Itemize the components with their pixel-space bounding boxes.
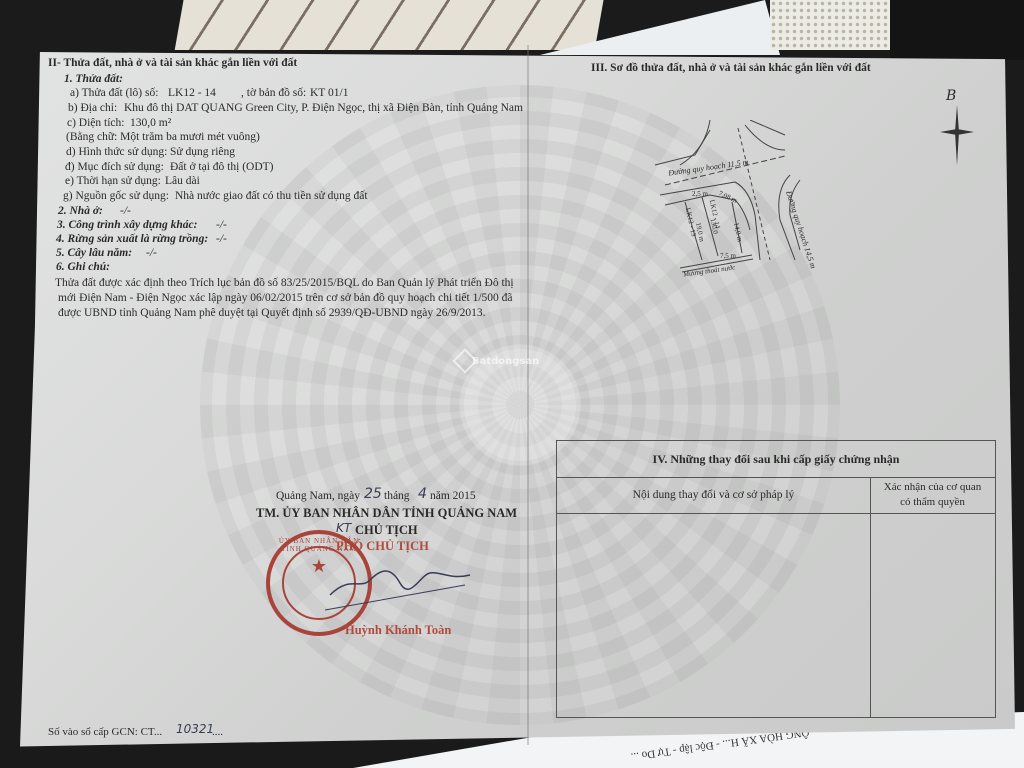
page-fold	[527, 45, 529, 745]
section-iv-title: IV. Những thay đổi sau khi cấp giấy chứn…	[557, 441, 995, 478]
section-ii-title: II- Thửa đất, nhà ở và tài sản khác gắn …	[48, 57, 297, 71]
perennial-label: 5. Cây lâu năm:	[56, 247, 132, 261]
section-iii-title: III. Sơ đồ thửa đất, nhà ở và tài sản kh…	[591, 62, 871, 76]
column-divider	[870, 513, 871, 717]
address-label: b) Địa chỉ:	[68, 102, 117, 116]
usage-origin-value: Nhà nước giao đất có thu tiền sử dụng đấ…	[175, 190, 368, 204]
seal-text: ỦY BAN NHÂN DÂN TỈNH QUẢNG NAM	[270, 537, 368, 553]
usage-term-value: Lâu dài	[165, 175, 200, 189]
perennial-value: -/-	[146, 247, 157, 261]
watermark-text: Batdongsan	[472, 356, 539, 367]
usage-form-value: Sử dụng riêng	[170, 146, 235, 160]
column-header-authority-confirmation: Xác nhận của cơ quan có thẩm quyền	[870, 477, 995, 514]
other-works-value: -/-	[216, 219, 227, 233]
notes-line: Thửa đất được xác định theo Trích lục bả…	[55, 277, 514, 291]
chairman-title: CHỦ TỊCH	[355, 523, 418, 538]
usage-purpose-label: đ) Mục đích sử dụng:	[65, 161, 164, 175]
dim-front: 2,5 m	[692, 190, 708, 198]
area-in-words: (Bằng chữ: Một trăm ba mươi mét vuông)	[66, 131, 260, 145]
notes-label: 6. Ghi chú:	[56, 261, 110, 275]
notes-line: được UBND tỉnh Quảng Nam phê duyệt tại Q…	[58, 307, 486, 321]
other-works-label: 3. Công trình xây dựng khác:	[57, 219, 197, 233]
place-date-prefix: Quảng Nam, ngày	[276, 490, 360, 504]
parcel-heading: 1. Thửa đất:	[64, 73, 123, 87]
parcel-number: LK12 - 14	[168, 87, 216, 101]
usage-form-label: d) Hình thức sử dụng:	[66, 146, 167, 160]
registry-suffix: ....	[212, 726, 223, 739]
notes-line: mới Điện Nam - Điện Ngọc xác lập ngày 06…	[58, 292, 513, 306]
month-label: tháng	[384, 490, 410, 504]
changes-table: IV. Những thay đổi sau khi cấp giấy chứn…	[556, 440, 996, 718]
usage-origin-label: g) Nguồn gốc sử dụng:	[63, 190, 169, 204]
registry-value: 10321	[176, 722, 214, 736]
area-value: 130,0 m²	[130, 117, 171, 131]
house-value: -/-	[120, 205, 131, 219]
compass-icon	[937, 80, 977, 170]
signer-name: Huỳnh Khánh Toàn	[345, 623, 451, 638]
authority-title: TM. ỦY BAN NHÂN DÂN TỈNH QUẢNG NAM	[256, 506, 517, 521]
keyboard-background	[175, 0, 606, 50]
north-arrow: B	[940, 80, 980, 170]
signature	[320, 555, 480, 615]
forest-value: -/-	[216, 233, 227, 247]
column-header-change-content: Nội dung thay đổi và cơ sở pháp lý	[557, 477, 871, 514]
dim-back: 7,5 m	[720, 252, 736, 260]
map-sheet-label: , tờ bản đồ số:	[241, 87, 306, 101]
house-label: 2. Nhà ở:	[58, 205, 103, 219]
year-label: năm 2015	[430, 490, 476, 504]
area-label: c) Diện tích:	[67, 117, 124, 131]
usage-purpose-value: Đất ở tại đô thị (ODT)	[170, 161, 274, 175]
dark-background	[890, 0, 1024, 60]
forest-label: 4. Rừng sản xuất là rừng trồng:	[56, 233, 208, 247]
column-header-line: có thẩm quyền	[900, 495, 965, 510]
date-month: 4	[418, 486, 427, 503]
usage-term-label: e) Thời hạn sử dụng:	[65, 175, 161, 189]
column-header-line: Xác nhận của cơ quan	[884, 480, 981, 495]
registry-label: Số vào sổ cấp GCN: CT...	[48, 726, 162, 739]
address-value: Khu đô thị DAT QUANG Green City, P. Điện…	[124, 102, 523, 116]
date-day: 25	[364, 486, 382, 503]
parcel-number-label: a) Thửa đất (lô) số:	[70, 87, 158, 101]
router-background	[770, 0, 890, 50]
map-sheet-number: KT 01/1	[310, 87, 348, 101]
